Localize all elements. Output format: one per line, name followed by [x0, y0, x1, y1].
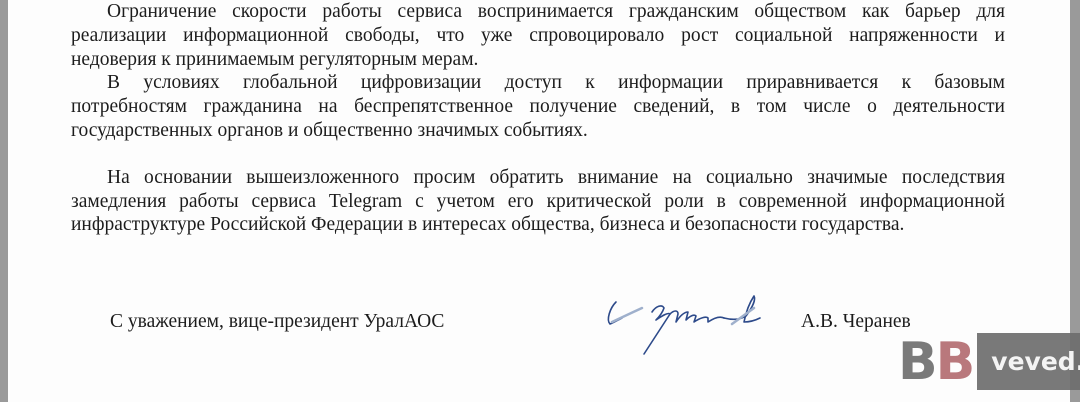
paragraph-service-restriction: Ограничение скорости работы сервиса восп…	[71, 0, 1005, 71]
letter-body: Ограничение скорости работы сервиса восп…	[71, 0, 1005, 237]
watermark-site: veved.ru	[977, 333, 1080, 390]
text-line: Ограничение скорости работы сервиса восп…	[71, 0, 1005, 24]
text-line: инфраструктуре Российской Федерации в ин…	[71, 213, 1005, 237]
text-line: На основании вышеизложенного просим обра…	[71, 166, 1005, 190]
handwritten-signature-icon	[604, 290, 784, 360]
text-line: недоверия к принимаемым регуляторным мер…	[71, 48, 1005, 72]
paragraph-digitalization: В условиях глобальной цифровизации досту…	[71, 71, 1005, 142]
text-line: реализации информационной свободы, что у…	[71, 24, 1005, 48]
paragraph-request: На основании вышеизложенного просим обра…	[71, 166, 1005, 237]
watermark-logo-icon: В В	[898, 333, 973, 390]
signer-name: А.В. Черанев	[801, 311, 911, 333]
watermark-logo-letter: В	[898, 336, 936, 388]
text-line: замедления работы сервиса Telegram с уче…	[71, 190, 1005, 214]
text-line: В условиях глобальной цифровизации досту…	[71, 71, 1005, 95]
text-line: государственных органов и общественно зн…	[71, 119, 1005, 143]
text-line: потребностям гражданина на беспрепятстве…	[71, 95, 1005, 119]
watermark-logo-letter: В	[936, 336, 974, 388]
watermark: В В veved.ru	[898, 333, 1080, 390]
closing-salutation: С уважением, вице-президент УралАОС	[110, 311, 444, 333]
paragraph-gap	[71, 143, 1005, 166]
